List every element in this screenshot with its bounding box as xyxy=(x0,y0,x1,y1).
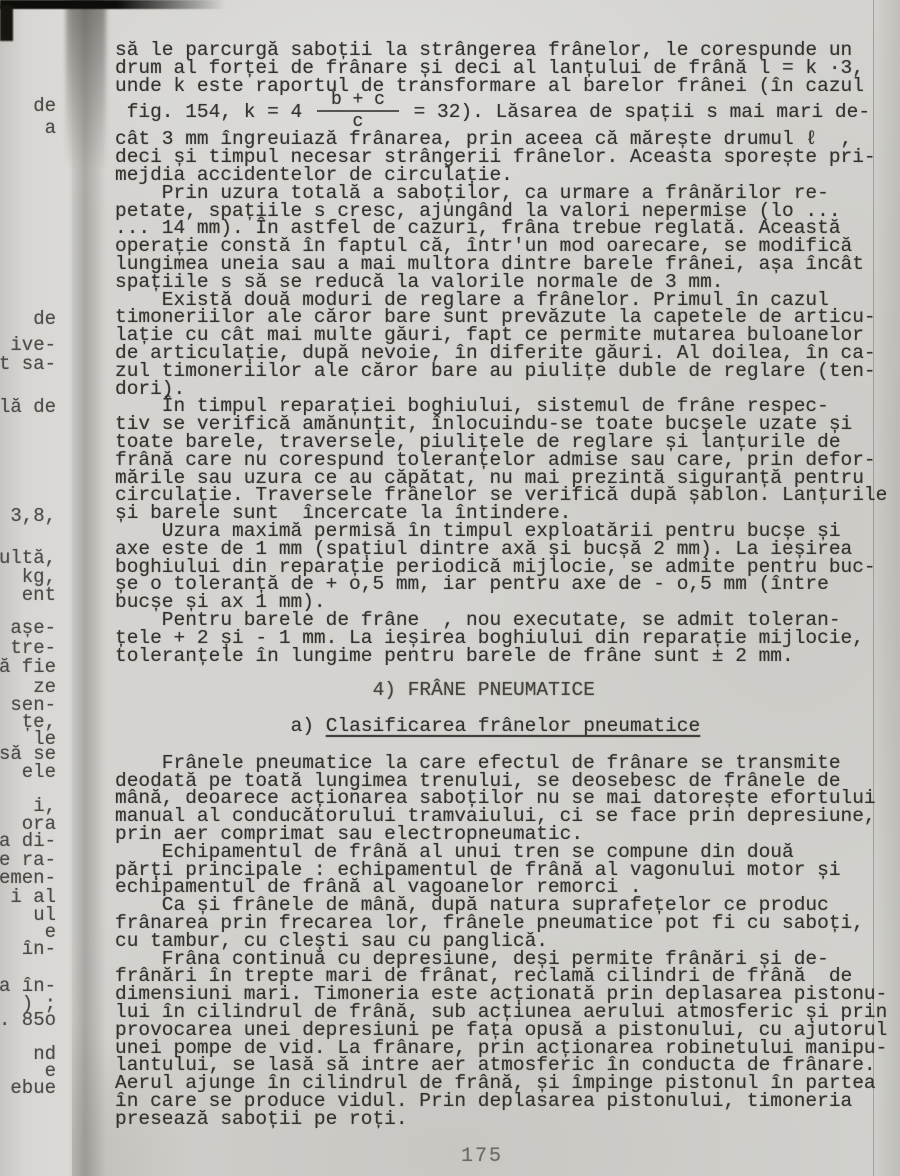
subsection-heading: a) Clasificarea frânelor pneumatice xyxy=(115,718,877,736)
formula-line: fig. 154, k = 4 b + cc = 32). Lăsarea de… xyxy=(115,95,877,131)
margin-fragment: ele xyxy=(22,763,56,782)
text-line: toleranțele în lungime pentru barele de … xyxy=(115,648,877,666)
margin-fragment: . 85o xyxy=(0,1011,56,1030)
margin-fragment: a xyxy=(45,119,56,138)
page-number: 175 xyxy=(101,1148,863,1166)
margin-fragment: de xyxy=(33,97,56,116)
text-line: unde k este raportul de transformare al … xyxy=(115,78,877,96)
section-heading: 4) FRÂNE PNEUMATICE xyxy=(115,682,877,700)
text-block: să le parcurgă saboții la strângerea frâ… xyxy=(115,42,877,1165)
margin-fragment: pt sa- xyxy=(0,355,56,374)
text-line: presează saboții pe roți. xyxy=(115,1111,877,1129)
margin-fragment: 3,8, xyxy=(10,507,56,526)
text-line: zul timoneriilor ale căror bare au piuli… xyxy=(115,363,877,381)
margin-fragment: așe- xyxy=(10,619,56,638)
fraction: b + cc xyxy=(317,91,399,133)
margin-fragment: ent xyxy=(22,586,56,605)
margin-fragment: de xyxy=(33,310,56,329)
book-gutter-shadow-top xyxy=(66,0,106,170)
left-margin-fragments: deadeive-pt sa-lă de3,8,ultă,kg,entașe-t… xyxy=(0,0,58,1176)
margin-fragment: ebue xyxy=(10,1079,56,1098)
margin-fragment: lă de xyxy=(0,398,56,417)
margin-fragment: în- xyxy=(22,940,56,959)
margin-fragment: ă fie xyxy=(0,658,56,677)
book-gutter-shadow xyxy=(68,0,106,1176)
scanned-document-page: deadeive-pt sa-lă de3,8,ultă,kg,entașe-t… xyxy=(0,0,900,1176)
